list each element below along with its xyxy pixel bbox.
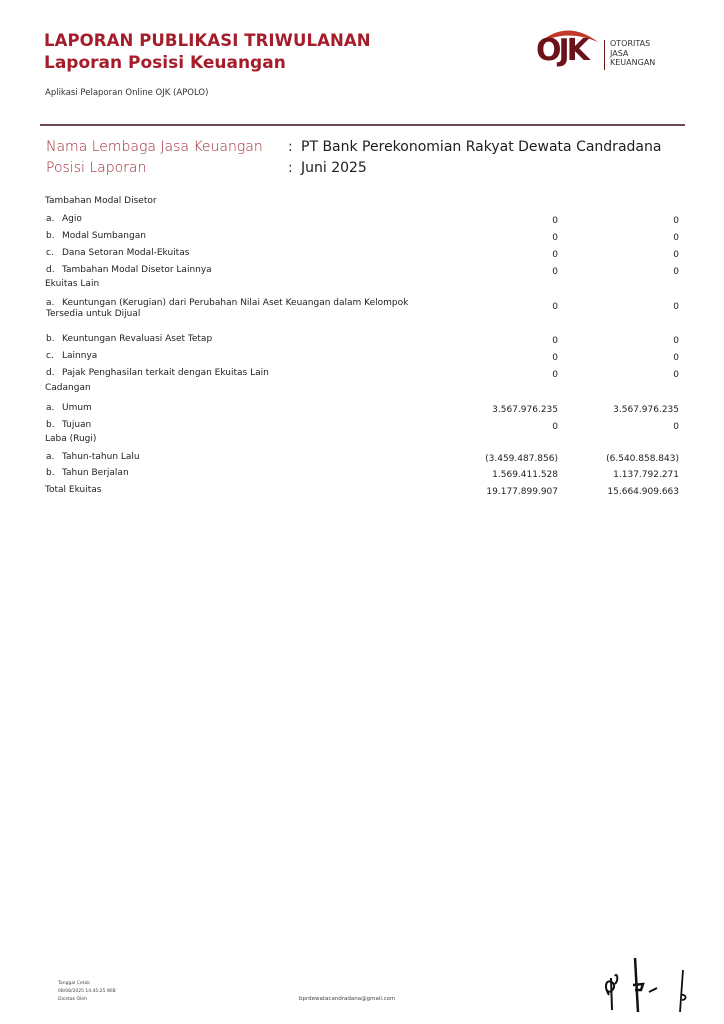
row-label: Ekuitas Lain — [45, 279, 99, 289]
row-label: b.Modal Sumbangan — [46, 231, 146, 241]
value-current-period: 0 — [552, 233, 558, 243]
logo-separator — [604, 40, 605, 70]
logo-line-1: OTORITAS — [610, 39, 655, 49]
value-previous-period: 3.567.976.235 — [613, 405, 679, 415]
value-previous-period: 0 — [673, 422, 679, 432]
row-label: Cadangan — [45, 383, 91, 393]
row-marker: d. — [46, 265, 62, 275]
value-previous-period: 1.137.792.271 — [613, 470, 679, 480]
institution-value: PT Bank Perekonomian Rakyat Dewata Candr… — [301, 139, 661, 155]
logo-mark: OJK — [536, 36, 587, 66]
row-label: a.Agio — [46, 214, 82, 224]
row-label: a.Tahun-tahun Lalu — [46, 452, 140, 462]
row-label: c.Lainnya — [46, 351, 97, 361]
row-label: d.Tambahan Modal Disetor Lainnya — [46, 265, 212, 275]
row-marker: c. — [46, 248, 62, 258]
value-current-period: 0 — [552, 353, 558, 363]
row-marker: b. — [46, 334, 62, 344]
value-current-period: 0 — [552, 250, 558, 260]
row-label-text: Tahun Berjalan — [62, 468, 129, 478]
value-previous-period: (6.540.858.843) — [606, 454, 679, 464]
row-marker: a. — [46, 298, 62, 308]
row-label: Tambahan Modal Disetor — [45, 196, 157, 206]
period-value: Juni 2025 — [301, 160, 367, 176]
value-current-period: 1.569.411.528 — [492, 470, 558, 480]
value-previous-period: 0 — [673, 267, 679, 277]
row-label: b.Tahun Berjalan — [46, 468, 129, 478]
value-current-period: 19.177.899.907 — [486, 487, 558, 497]
row-marker: d. — [46, 368, 62, 378]
report-page: LAPORAN PUBLIKASI TRIWULANAN Laporan Pos… — [0, 0, 724, 1024]
value-current-period: 0 — [552, 216, 558, 226]
row-label-text: Agio — [62, 214, 82, 224]
row-label-text: Lainnya — [62, 351, 97, 361]
colon: : — [288, 139, 293, 155]
logo-text: OTORITAS JASA KEUANGAN — [610, 39, 655, 68]
footer-email: bprdewatacandradana@gmail.com — [299, 996, 395, 1002]
row-marker: a. — [46, 452, 62, 462]
signature-initials-icon — [595, 950, 705, 1020]
value-current-period: 0 — [552, 267, 558, 277]
value-previous-period: 0 — [673, 216, 679, 226]
row-marker: a. — [46, 214, 62, 224]
row-label-text: Keuntungan Revaluasi Aset Tetap — [62, 334, 212, 344]
row-marker: b. — [46, 468, 62, 478]
value-previous-period: 0 — [673, 302, 679, 312]
row-marker: b. — [46, 231, 62, 241]
print-date-label: Tanggal Cetak — [58, 980, 116, 988]
row-label: a.Umum — [46, 403, 92, 413]
institution-label: Nama Lembaga Jasa Keuangan — [46, 139, 286, 155]
print-info: Tanggal Cetak 08/08/2025 14.45.25 WIB Di… — [58, 980, 116, 1004]
row-label-text: Tambahan Modal Disetor Lainnya — [62, 265, 212, 275]
value-current-period: 0 — [552, 302, 558, 312]
colon: : — [288, 160, 293, 176]
print-date-value: 08/08/2025 14.45.25 WIB — [58, 988, 116, 996]
row-label-text: Tahun-tahun Lalu — [62, 452, 140, 462]
value-previous-period: 0 — [673, 233, 679, 243]
printed-by-label: Dicetak Oleh — [58, 996, 116, 1004]
value-current-period: 3.567.976.235 — [492, 405, 558, 415]
row-label: b.Tujuan — [46, 420, 91, 430]
value-previous-period: 0 — [673, 250, 679, 260]
ojk-logo: OJK OTORITAS JASA KEUANGAN — [532, 22, 682, 77]
report-title: LAPORAN PUBLIKASI TRIWULANAN — [44, 31, 371, 50]
row-label-text: Umum — [62, 403, 92, 413]
value-previous-period: 0 — [673, 336, 679, 346]
row-label-text: Dana Setoran Modal-Ekuitas — [62, 248, 189, 258]
value-current-period: 0 — [552, 422, 558, 432]
row-marker: c. — [46, 351, 62, 361]
row-label-line2: Tersedia untuk Dijual — [46, 309, 140, 319]
value-previous-period: 0 — [673, 353, 679, 363]
row-label-text: Keuntungan (Kerugian) dari Perubahan Nil… — [62, 298, 408, 308]
row-label: Laba (Rugi) — [45, 434, 96, 444]
row-marker: b. — [46, 420, 62, 430]
row-label: a.Keuntungan (Kerugian) dari Perubahan N… — [46, 298, 408, 308]
header-divider — [40, 124, 685, 126]
logo-line-2: JASA — [610, 49, 655, 59]
row-label-text: Tujuan — [62, 420, 91, 430]
row-label: d.Pajak Penghasilan terkait dengan Ekuit… — [46, 368, 269, 378]
row-label-text: Modal Sumbangan — [62, 231, 146, 241]
value-previous-period: 15.664.909.663 — [607, 487, 679, 497]
logo-line-3: KEUANGAN — [610, 58, 655, 68]
value-current-period: 0 — [552, 336, 558, 346]
row-label: c.Dana Setoran Modal-Ekuitas — [46, 248, 189, 258]
row-marker: a. — [46, 403, 62, 413]
row-label: Total Ekuitas — [45, 485, 101, 495]
row-label-text: Pajak Penghasilan terkait dengan Ekuitas… — [62, 368, 269, 378]
report-subtitle: Laporan Posisi Keuangan — [44, 53, 286, 73]
application-name: Aplikasi Pelaporan Online OJK (APOLO) — [45, 88, 208, 98]
row-label: b.Keuntungan Revaluasi Aset Tetap — [46, 334, 212, 344]
value-current-period: (3.459.487.856) — [485, 454, 558, 464]
period-label: Posisi Laporan — [46, 160, 286, 176]
value-previous-period: 0 — [673, 370, 679, 380]
value-current-period: 0 — [552, 370, 558, 380]
